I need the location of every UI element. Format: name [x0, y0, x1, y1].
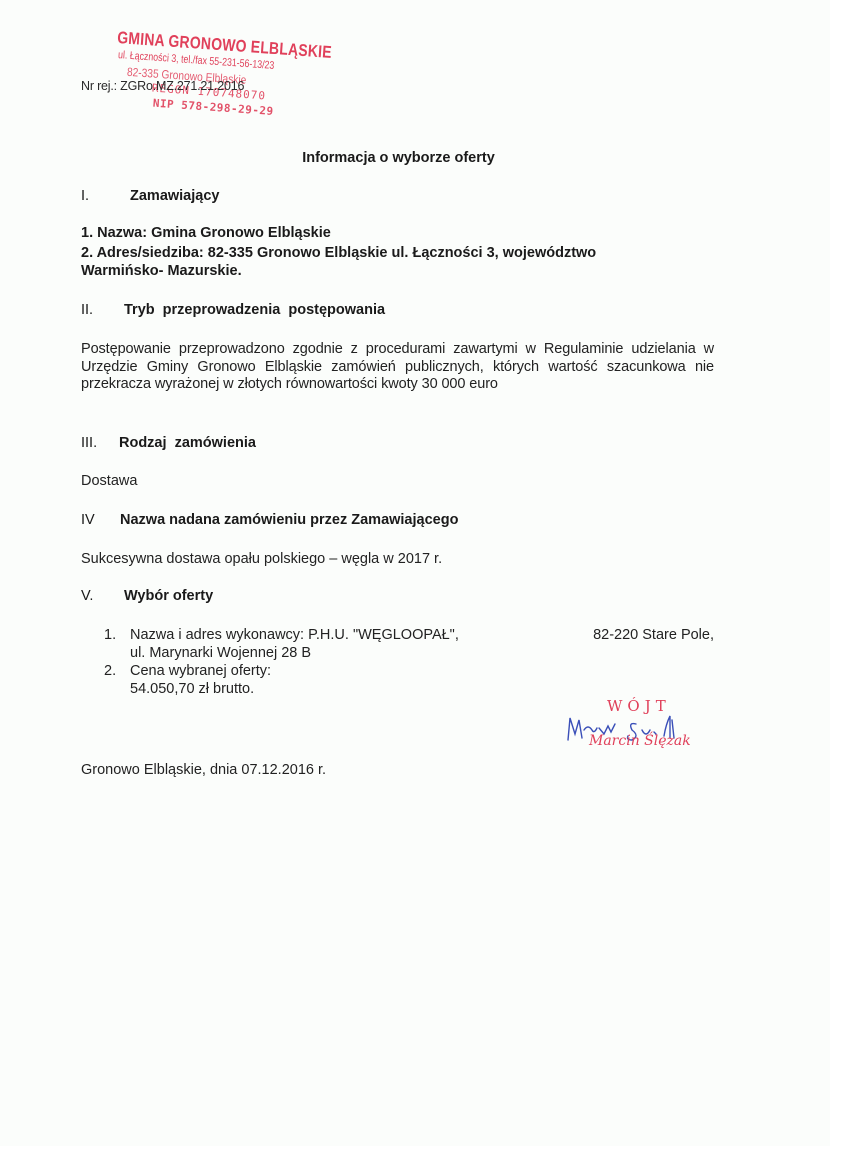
- section-4-heading: IV Nazwa nadana zamówieniu przez Zamawia…: [81, 512, 681, 532]
- item-number: 2.: [104, 662, 116, 680]
- section-number: II.: [81, 302, 93, 318]
- price-label: Cena wybranej oferty:: [130, 662, 714, 680]
- section-number: I.: [81, 188, 89, 204]
- section-number: III.: [81, 435, 97, 451]
- order-name: Sukcesywna dostawa opału polskiego – węg…: [81, 551, 442, 567]
- scanned-page: [0, 0, 830, 1146]
- contractor-street: ul. Marynarki Wojennej 28 B: [130, 644, 714, 662]
- item-number: 1.: [104, 626, 116, 644]
- offer-list: 1. Nazwa i adres wykonawcy: P.H.U. "WĘGL…: [104, 626, 714, 698]
- contracting-name: 1. Nazwa: Gmina Gronowo Elbląskie: [81, 225, 331, 241]
- section-title: Tryb przeprowadzenia postępowania: [124, 302, 385, 318]
- section-title: Rodzaj zamówienia: [119, 435, 256, 451]
- signature-name: Marcin Ślęzak: [589, 733, 691, 749]
- section-number: IV: [81, 512, 95, 528]
- section-3-heading: III. Rodzaj zamówienia: [81, 435, 681, 455]
- list-item-price: 2. Cena wybranej oferty: 54.050,70 zł br…: [104, 662, 714, 698]
- reference-number: Nr rej.: ZGRo.MZ.271.21.2016: [81, 79, 244, 93]
- section-title: Nazwa nadana zamówieniu przez Zamawiając…: [120, 512, 458, 528]
- contracting-address: 2. Adres/siedziba: 82-335 Gronowo Elbląs…: [81, 245, 596, 261]
- contracting-region: Warmińsko- Mazurskie.: [81, 263, 242, 279]
- section-number: V.: [81, 588, 93, 604]
- contractor-city: 82-220 Stare Pole,: [593, 626, 714, 644]
- procedure-description: Postępowanie przeprowadzono zgodnie z pr…: [81, 341, 714, 394]
- document-title: Informacja o wyborze oferty: [0, 150, 797, 166]
- section-5-heading: V. Wybór oferty: [81, 588, 681, 608]
- order-type: Dostawa: [81, 473, 137, 489]
- section-2-heading: II. Tryb przeprowadzenia postępowania: [81, 302, 681, 322]
- contractor-name: Nazwa i adres wykonawcy: P.H.U. "WĘGLOOP…: [130, 626, 459, 644]
- price-value: 54.050,70 zł brutto.: [130, 680, 714, 698]
- place-and-date: Gronowo Elbląskie, dnia 07.12.2016 r.: [81, 762, 326, 778]
- section-1-heading: I. Zamawiający: [81, 188, 681, 208]
- section-title: Zamawiający: [130, 188, 219, 204]
- list-item-contractor: 1. Nazwa i adres wykonawcy: P.H.U. "WĘGL…: [104, 626, 714, 662]
- section-title: Wybór oferty: [124, 588, 213, 604]
